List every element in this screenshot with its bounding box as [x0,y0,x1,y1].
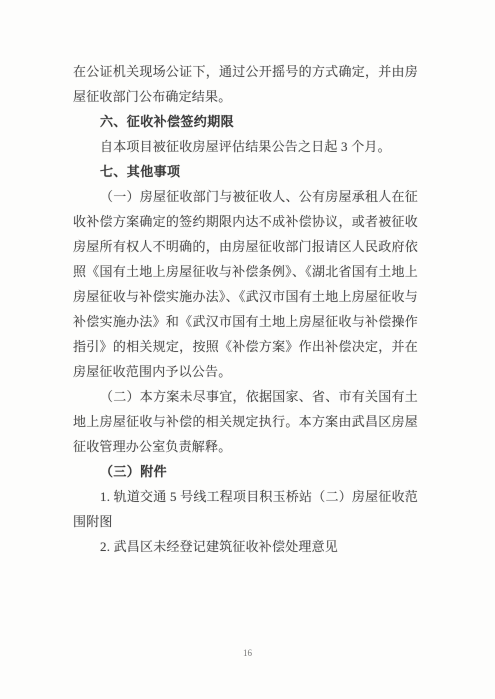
doc-line: 围附图 [73,509,418,534]
doc-line: 征收管理办公室负责解释。 [73,434,418,459]
doc-line: 补偿实施办法》和《武汉市国有土地上房屋征收与补偿操作 [73,309,418,334]
doc-line: （二）本方案未尽事宜，依据国家、省、市有关国有土 [73,384,418,409]
doc-line: 收补偿方案确定的签约期限内达不成补偿协议，或者被征收 [73,209,418,234]
document-body: 在公证机关现场公证下，通过公开摇号的方式确定，并由房 屋征收部门公布确定结果。 … [73,59,418,559]
section-heading-other-matters: 七、其他事项 [73,159,418,184]
doc-line: 照《国有土地上房屋征收与补偿条例》、《湖北省国有土地上 [73,259,418,284]
doc-line: 房屋征收与补偿实施办法》、《武汉市国有土地上房屋征收与 [73,284,418,309]
doc-line: 自本项目被征收房屋评估结果公告之日起 3 个月。 [73,134,418,159]
section-heading-attachments: （三）附件 [73,459,418,484]
doc-line: 指引》的相关规定，按照《补偿方案》作出补偿决定，并在 [73,334,418,359]
doc-line: （一）房屋征收部门与被征收人、公有房屋承租人在征 [73,184,418,209]
attachment-item-1: 1. 轨道交通 5 号线工程项目积玉桥站（二）房屋征收范 [73,484,418,509]
doc-line: 房屋征收范围内予以公告。 [73,359,418,384]
doc-line: 屋征收部门公布确定结果。 [73,84,418,109]
document-page: 在公证机关现场公证下，通过公开摇号的方式确定，并由房 屋征收部门公布确定结果。 … [0,0,495,699]
page-number: 16 [0,648,495,658]
doc-line: 在公证机关现场公证下，通过公开摇号的方式确定，并由房 [73,59,418,84]
section-heading-signing-period: 六、征收补偿签约期限 [73,109,418,134]
doc-line: 地上房屋征收与补偿的相关规定执行。本方案由武昌区房屋 [73,409,418,434]
doc-line: 房屋所有权人不明确的，由房屋征收部门报请区人民政府依 [73,234,418,259]
attachment-item-2: 2. 武昌区未经登记建筑征收补偿处理意见 [73,534,418,559]
